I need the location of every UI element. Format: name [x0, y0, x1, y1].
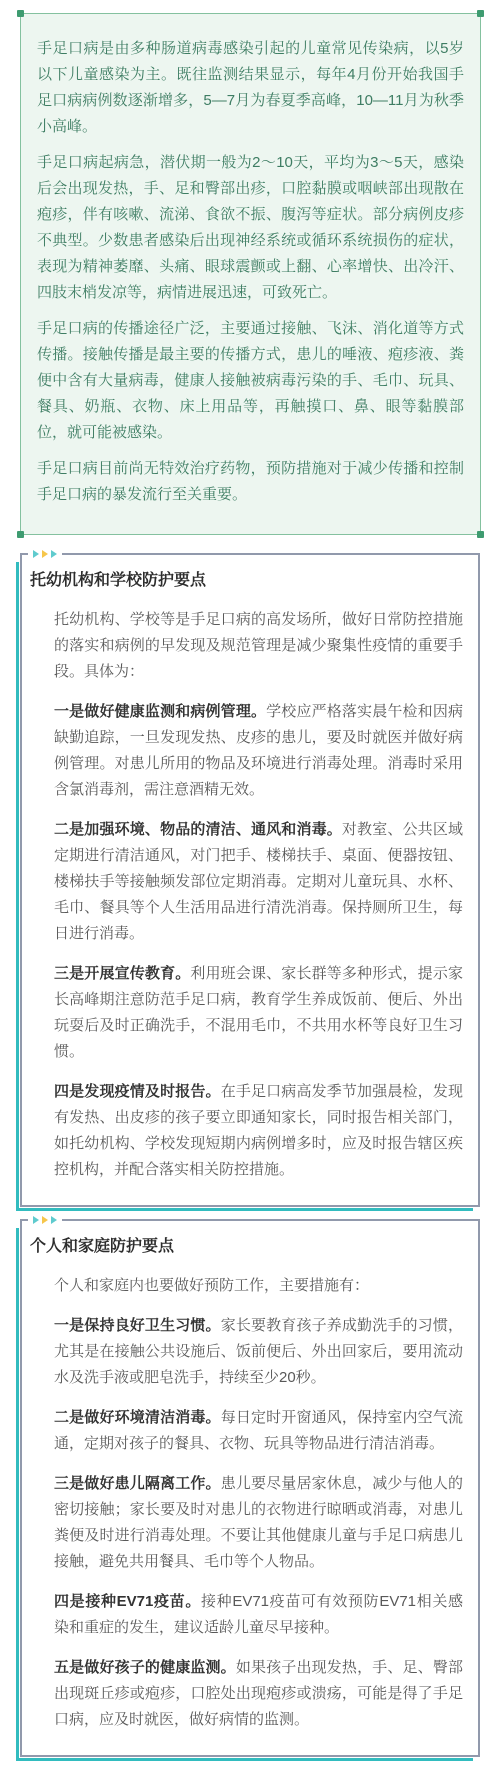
measure-lead: 一是做好健康监测和病例管理。 — [54, 703, 266, 720]
measure-lead: 一是保持良好卫生习惯。 — [54, 1317, 221, 1334]
panel-title: 个人和家庭防护要点 — [30, 1235, 464, 1259]
measure-lead: 四是接种EV71疫苗。 — [54, 1593, 201, 1610]
triple-arrow-icon — [28, 1214, 62, 1226]
measure-lead: 五是做好孩子的健康监测。 — [54, 1659, 236, 1676]
intro-paragraph: 手足口病目前尚无特效治疗药物，预防措施对于减少传播和控制手足口病的暴发流行至关重… — [37, 456, 464, 508]
measure-item: 四是接种EV71疫苗。接种EV71疫苗可有效预防EV71相关感染和重症的发生，建… — [54, 1589, 463, 1641]
measure-item: 一是做好健康监测和病例管理。学校应严格落实晨午检和因病缺勤追踪，一旦发现发热、皮… — [54, 699, 463, 803]
panel-title: 托幼机构和学校防护要点 — [30, 569, 464, 593]
panel-bottom-accent — [16, 1758, 473, 1761]
measure-item: 三是做好患儿隔离工作。患儿要尽量居家休息，减少与他人的密切接触；家长要及时对患儿… — [54, 1471, 463, 1575]
triple-arrow-icon — [28, 548, 62, 560]
panel-left-accent — [16, 562, 19, 1211]
measure-lead: 三是做好患儿隔离工作。 — [54, 1475, 221, 1492]
panel-body: 托幼机构、学校等是手足口病的高发场所，做好日常防控措施的落实和病例的早发现及规范… — [28, 607, 464, 1183]
corner-dot-icon — [477, 531, 484, 538]
intro-paragraph: 手足口病起病急，潜伏期一般为2～10天，平均为3～5天，感染后会出现发热，手、足… — [37, 150, 464, 306]
panel-body: 个人和家庭内也要做好预防工作，主要措施有： 一是保持良好卫生习惯。家长要教育孩子… — [28, 1273, 464, 1733]
measure-item: 二是做好环境清洁消毒。每日定时开窗通风，保持室内空气流通，定期对孩子的餐具、衣物… — [54, 1405, 463, 1457]
triangle-teal-icon — [33, 1216, 39, 1224]
triangle-teal-icon — [51, 550, 57, 558]
panel-intro: 托幼机构、学校等是手足口病的高发场所，做好日常防控措施的落实和病例的早发现及规范… — [54, 607, 463, 685]
panel-intro: 个人和家庭内也要做好预防工作，主要措施有： — [54, 1273, 463, 1299]
intro-paragraph: 手足口病是由多种肠道病毒感染引起的儿童常见传染病，以5岁以下儿童感染为主。既往监… — [37, 36, 464, 140]
triangle-teal-icon — [51, 1216, 57, 1224]
intro-paragraph: 手足口病的传播途径广泛，主要通过接触、飞沫、消化道等方式传播。接触传播是最主要的… — [37, 316, 464, 446]
measure-item: 一是保持良好卫生习惯。家长要教育孩子养成勤洗手的习惯，尤其是在接触公共设施后、饭… — [54, 1313, 463, 1391]
measure-text: 对教室、公共区域定期进行清洁通风，对门把手、楼梯扶手、桌面、便器按钮、楼梯扶手等… — [54, 821, 463, 942]
corner-dot-icon — [477, 10, 484, 17]
measure-item: 三是开展宣传教育。利用班会课、家长群等多种形式，提示家长高峰期注意防范手足口病，… — [54, 961, 463, 1065]
measure-lead: 三是开展宣传教育。 — [54, 965, 190, 982]
family-protection-panel: 个人和家庭防护要点 个人和家庭内也要做好预防工作，主要措施有： 一是保持良好卫生… — [20, 1219, 480, 1757]
measure-item: 四是发现疫情及时报告。在手足口病高发季节加强晨检，发现有发热、出皮疹的孩子要立即… — [54, 1079, 463, 1183]
disease-intro-box: 手足口病是由多种肠道病毒感染引起的儿童常见传染病，以5岁以下儿童感染为主。既往监… — [20, 13, 481, 535]
triangle-teal-icon — [33, 550, 39, 558]
measure-lead: 四是发现疫情及时报告。 — [54, 1083, 221, 1100]
triangle-yellow-icon — [42, 550, 48, 558]
corner-dot-icon — [17, 10, 24, 17]
measure-lead: 二是做好环境清洁消毒。 — [54, 1409, 221, 1426]
triangle-yellow-icon — [42, 1216, 48, 1224]
panel-left-accent — [16, 1228, 19, 1761]
measure-item: 二是加强环境、物品的清洁、通风和消毒。对教室、公共区域定期进行清洁通风，对门把手… — [54, 817, 463, 947]
measure-lead: 二是加强环境、物品的清洁、通风和消毒。 — [54, 821, 342, 838]
measure-item: 五是做好孩子的健康监测。如果孩子出现发热，手、足、臀部出现斑丘疹或疱疹，口腔处出… — [54, 1655, 463, 1733]
corner-dot-icon — [17, 531, 24, 538]
article-page: 手足口病是由多种肠道病毒感染引起的儿童常见传染病，以5岁以下儿童感染为主。既往监… — [0, 0, 500, 1757]
panel-bottom-accent — [16, 1208, 473, 1211]
school-protection-panel: 托幼机构和学校防护要点 托幼机构、学校等是手足口病的高发场所，做好日常防控措施的… — [20, 553, 480, 1207]
